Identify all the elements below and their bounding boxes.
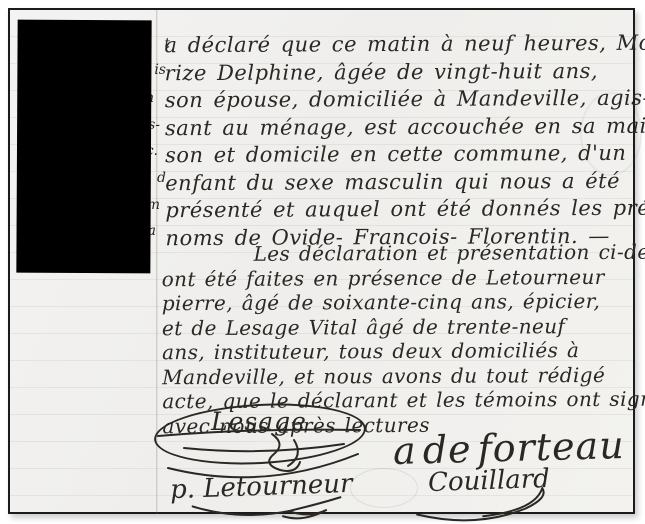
signature-flourish xyxy=(188,495,349,523)
handwritten-line: et de Lesage Vital âgé de trente-neuf xyxy=(162,313,638,340)
handwritten-line: sant au ménage, est accouchée en sa mai- xyxy=(165,112,635,142)
handwritten-line: présenté et auquel ont été donnés les pr… xyxy=(165,195,635,225)
handwritten-line: ont été faites en présence de Letourneur xyxy=(162,264,638,291)
signature-couillard: Couillard xyxy=(428,464,551,498)
signature-letourneur: p. Letourneur xyxy=(170,469,353,505)
handwritten-line: pierre, âgé de soixante-cinq ans, épicie… xyxy=(162,289,638,316)
handwritten-line: son épouse, domiciliée à Mandeville, agi… xyxy=(165,85,635,115)
handwritten-line: rize Delphine, âgée de vingt-huit ans, xyxy=(165,57,635,87)
record-paragraph-1: a déclaré que ce matin à neuf heures, Mo… xyxy=(164,30,635,252)
document-scan: t is rain is- lac. d lim a a déclaré que… xyxy=(0,0,645,524)
handwritten-line: ans, instituteur, tous deux domiciliés à xyxy=(162,338,638,365)
redaction-block xyxy=(16,20,151,274)
handwritten-line: Les déclaration et présentation ci-dessu… xyxy=(161,240,637,267)
handwritten-line: Mandeville, et nous avons du tout rédigé xyxy=(162,362,638,389)
handwritten-line: enfant du sexe masculin qui nous a été xyxy=(165,167,635,197)
handwritten-line: a déclaré que ce matin à neuf heures, Mo… xyxy=(164,30,634,60)
signature-flourish xyxy=(414,481,565,524)
handwritten-line: son et domicile en cette commune, d'un xyxy=(165,140,635,170)
